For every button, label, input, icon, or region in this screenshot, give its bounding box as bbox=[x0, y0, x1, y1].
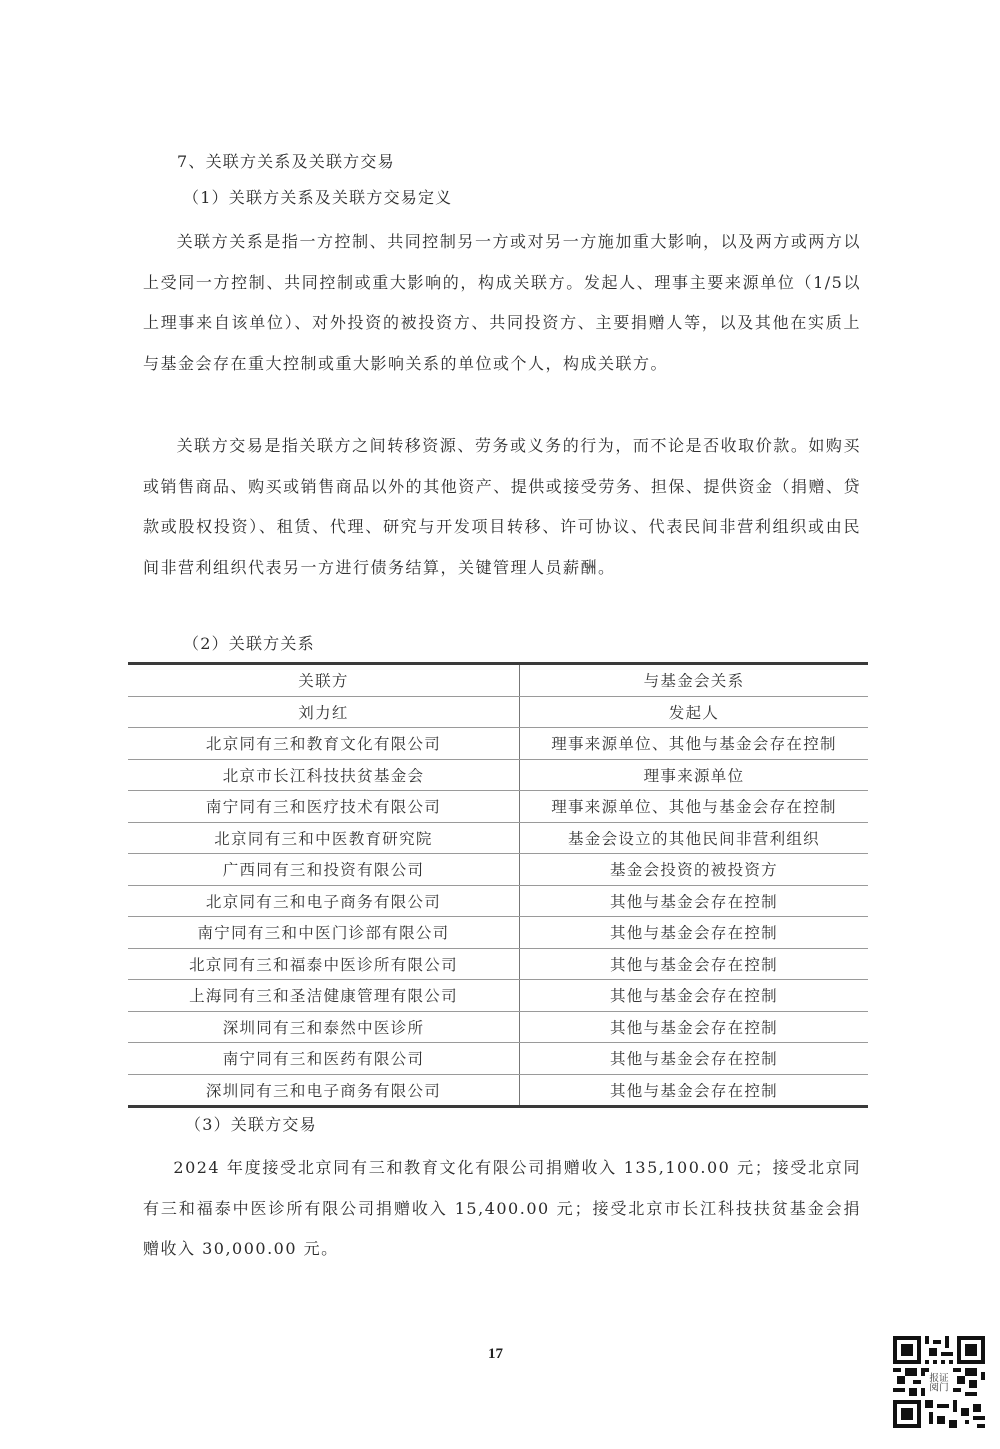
cell-relationship: 基金会设立的其他民间非营利组织 bbox=[520, 822, 869, 854]
qr-code-icon: 报证 阅门 bbox=[893, 1336, 985, 1428]
cell-related-party: 广西同有三和投资有限公司 bbox=[128, 854, 520, 886]
paragraph-related-party-transactions: 2024 年度接受北京同有三和教育文化有限公司捐赠收入 135,100.00 元… bbox=[143, 1148, 861, 1270]
cell-related-party: 南宁同有三和中医门诊部有限公司 bbox=[128, 917, 520, 949]
cell-relationship: 其他与基金会存在控制 bbox=[520, 1074, 869, 1107]
table-row: 广西同有三和投资有限公司基金会投资的被投资方 bbox=[128, 854, 868, 886]
subsection-3-title: （3）关联方交易 bbox=[185, 1115, 317, 1135]
document-page: 7、关联方关系及关联方交易 （1）关联方关系及关联方交易定义 关联方关系是指一方… bbox=[0, 0, 1000, 1449]
table-row: 上海同有三和圣洁健康管理有限公司其他与基金会存在控制 bbox=[128, 980, 868, 1012]
cell-related-party: 北京市长江科技扶贫基金会 bbox=[128, 759, 520, 791]
cell-related-party: 刘力红 bbox=[128, 696, 520, 728]
cell-related-party: 北京同有三和教育文化有限公司 bbox=[128, 728, 520, 760]
column-header-relationship: 与基金会关系 bbox=[520, 664, 869, 697]
cell-relationship: 其他与基金会存在控制 bbox=[520, 980, 869, 1012]
cell-related-party: 北京同有三和中医教育研究院 bbox=[128, 822, 520, 854]
cell-relationship: 发起人 bbox=[520, 696, 869, 728]
table-row: 北京市长江科技扶贫基金会理事来源单位 bbox=[128, 759, 868, 791]
paragraph-related-party-transaction-definition: 关联方交易是指关联方之间转移资源、劳务或义务的行为，而不论是否收取价款。如购买或… bbox=[143, 426, 861, 588]
table-row: 北京同有三和教育文化有限公司理事来源单位、其他与基金会存在控制 bbox=[128, 728, 868, 760]
cell-relationship: 其他与基金会存在控制 bbox=[520, 1011, 869, 1043]
cell-related-party: 上海同有三和圣洁健康管理有限公司 bbox=[128, 980, 520, 1012]
cell-relationship: 其他与基金会存在控制 bbox=[520, 917, 869, 949]
cell-relationship: 理事来源单位、其他与基金会存在控制 bbox=[520, 791, 869, 823]
cell-related-party: 深圳同有三和泰然中医诊所 bbox=[128, 1011, 520, 1043]
table-row: 南宁同有三和医药有限公司其他与基金会存在控制 bbox=[128, 1043, 868, 1075]
table-row: 南宁同有三和中医门诊部有限公司其他与基金会存在控制 bbox=[128, 917, 868, 949]
cell-related-party: 深圳同有三和电子商务有限公司 bbox=[128, 1074, 520, 1107]
paragraph-related-party-definition: 关联方关系是指一方控制、共同控制另一方或对另一方施加重大影响，以及两方或两方以上… bbox=[143, 222, 861, 384]
cell-related-party: 北京同有三和福泰中医诊所有限公司 bbox=[128, 948, 520, 980]
table-row: 北京同有三和福泰中医诊所有限公司其他与基金会存在控制 bbox=[128, 948, 868, 980]
page-number: 17 bbox=[488, 1346, 503, 1363]
cell-related-party: 北京同有三和电子商务有限公司 bbox=[128, 885, 520, 917]
svg-text:阅门: 阅门 bbox=[929, 1381, 948, 1393]
cell-relationship: 其他与基金会存在控制 bbox=[520, 948, 869, 980]
table-row: 北京同有三和电子商务有限公司其他与基金会存在控制 bbox=[128, 885, 868, 917]
subsection-1-title: （1）关联方关系及关联方交易定义 bbox=[183, 188, 452, 208]
cell-related-party: 南宁同有三和医药有限公司 bbox=[128, 1043, 520, 1075]
column-header-related-party: 关联方 bbox=[128, 664, 520, 697]
table-row: 深圳同有三和电子商务有限公司其他与基金会存在控制 bbox=[128, 1074, 868, 1107]
cell-relationship: 其他与基金会存在控制 bbox=[520, 885, 869, 917]
cell-relationship: 理事来源单位 bbox=[520, 759, 869, 791]
table-row: 北京同有三和中医教育研究院基金会设立的其他民间非营利组织 bbox=[128, 822, 868, 854]
cell-relationship: 基金会投资的被投资方 bbox=[520, 854, 869, 886]
table-row: 南宁同有三和医疗技术有限公司理事来源单位、其他与基金会存在控制 bbox=[128, 791, 868, 823]
related-party-table: 关联方 与基金会关系 刘力红发起人 北京同有三和教育文化有限公司理事来源单位、其… bbox=[128, 662, 868, 1108]
table-header-row: 关联方 与基金会关系 bbox=[128, 664, 868, 697]
subsection-2-title: （2）关联方关系 bbox=[183, 634, 315, 654]
table-row: 刘力红发起人 bbox=[128, 696, 868, 728]
cell-related-party: 南宁同有三和医疗技术有限公司 bbox=[128, 791, 520, 823]
cell-relationship: 理事来源单位、其他与基金会存在控制 bbox=[520, 728, 869, 760]
section-title: 7、关联方关系及关联方交易 bbox=[177, 152, 395, 172]
cell-relationship: 其他与基金会存在控制 bbox=[520, 1043, 869, 1075]
table-row: 深圳同有三和泰然中医诊所其他与基金会存在控制 bbox=[128, 1011, 868, 1043]
